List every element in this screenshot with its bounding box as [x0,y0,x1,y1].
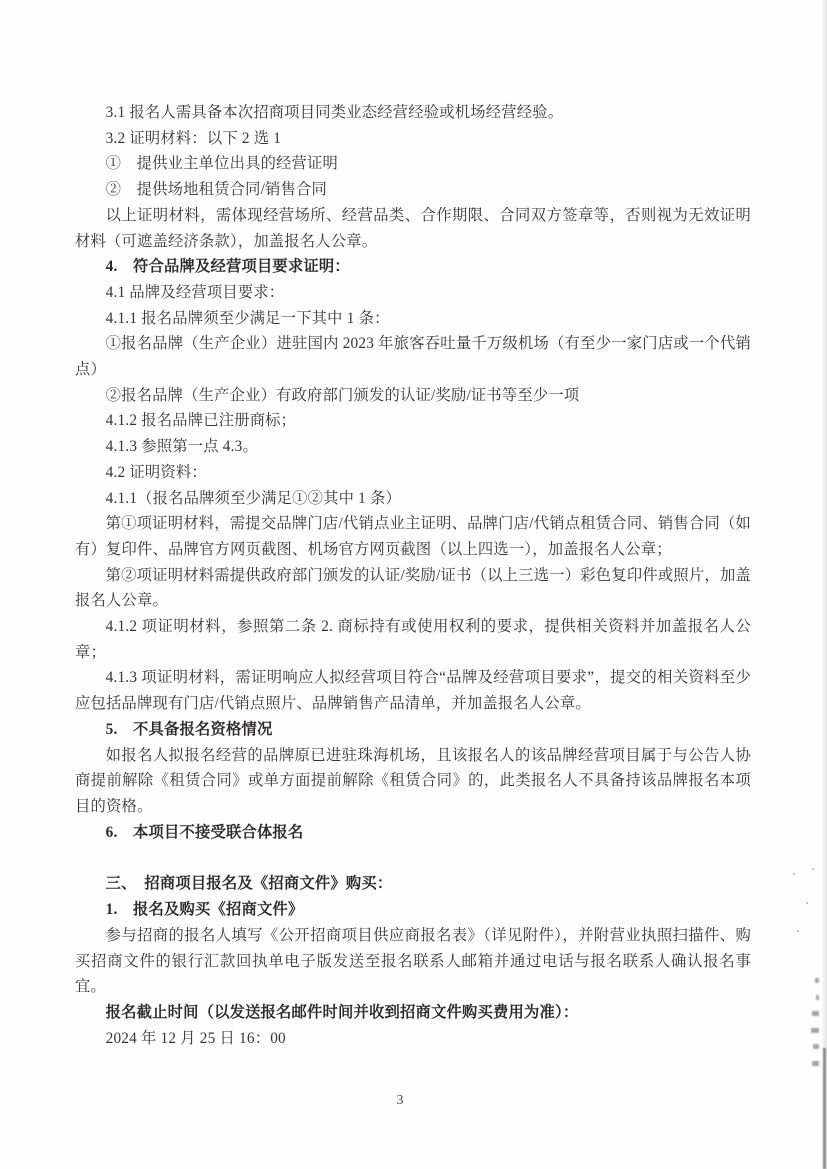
paragraph: 以上证明材料，需体现经营场所、经营品类、合作期限、合同双方签章等，否则视为无效证… [75,203,751,254]
paragraph: 4.1 品牌及经营项目要求： [75,280,751,306]
paragraph: 6. 本项目不接受联合体报名 [75,820,751,846]
paragraph: 参与招商的报名人填写《公开招商项目供应商报名表》（详见附件），并附营业执照扫描件… [75,923,751,1000]
paragraph: 第②项证明材料需提供政府部门颁发的认证/奖励/证书（以上三选一）彩色复印件或照片… [75,563,751,614]
paragraph: 4.1.3 项证明材料，需证明响应人拟经营项目符合“品牌及经营项目要求”，提交的… [75,665,751,716]
paragraph: 2024 年 12 月 25 日 16：00 [75,1026,751,1052]
paragraph: ① 提供业主单位出具的经营证明 [75,151,751,177]
paragraph: 4.1.1（报名品牌须至少满足①②其中 1 条） [75,486,751,512]
scan-speck [806,902,808,904]
paragraph: 4. 符合品牌及经营项目要求证明： [75,254,751,280]
paragraph: 第①项证明材料，需提交品牌门店/代销点业主证明、品牌门店/代销点租赁合同、销售合… [75,511,751,562]
paragraph: 4.1.3 参照第一点 4.3。 [75,434,751,460]
paragraph: 1. 报名及购买《招商文件》 [75,897,751,923]
paragraph: 4.2 证明资料： [75,460,751,486]
scan-speck [812,868,814,870]
paragraph: 3.2 证明材料：以下 2 选 1 [75,126,751,152]
paragraph: 4.1.2 项证明材料，参照第二条 2. 商标持有或使用权利的要求，提供相关资料… [75,614,751,665]
paragraph: 三、 招商项目报名及《招商文件》购买： [75,871,751,897]
paragraph: 5. 不具备报名资格情况 [75,717,751,743]
scan-edge-shadow [821,0,827,1169]
scan-edge-line [823,1048,826,1169]
paragraph: 4.1.2 报名品牌已注册商标； [75,408,751,434]
paragraph: 3.1 报名人需具备本次招商项目同类业态经营经验或机场经营经验。 [75,100,751,126]
scan-speck [793,873,795,875]
document-page: 3.1 报名人需具备本次招商项目同类业态经营经验或机场经营经验。3.2 证明材料… [0,0,827,1169]
paragraph: ② 提供场地租赁合同/销售合同 [75,177,751,203]
paragraph: 报名截止时间（以发送报名邮件时间并收到招商文件购买费用为准）： [75,1000,751,1026]
document-body: 3.1 报名人需具备本次招商项目同类业态经营经验或机场经营经验。3.2 证明材料… [75,100,751,1051]
page-number: 3 [75,1093,725,1109]
scan-speck [797,930,799,932]
paragraph: 如报名人拟报名经营的品牌原已进驻珠海机场，且该报名人的该品牌经营项目属于与公告人… [75,743,751,820]
paragraph: ②报名品牌（生产企业）有政府部门颁发的认证/奖励/证书等至少一项 [75,383,751,409]
paragraph: 4.1.1 报名品牌须至少满足一下其中 1 条： [75,306,751,332]
edge-smudge-marks [810,978,819,1066]
paragraph: ①报名品牌（生产企业）进驻国内 2023 年旅客吞吐量千万级机场（有至少一家门店… [75,331,751,382]
